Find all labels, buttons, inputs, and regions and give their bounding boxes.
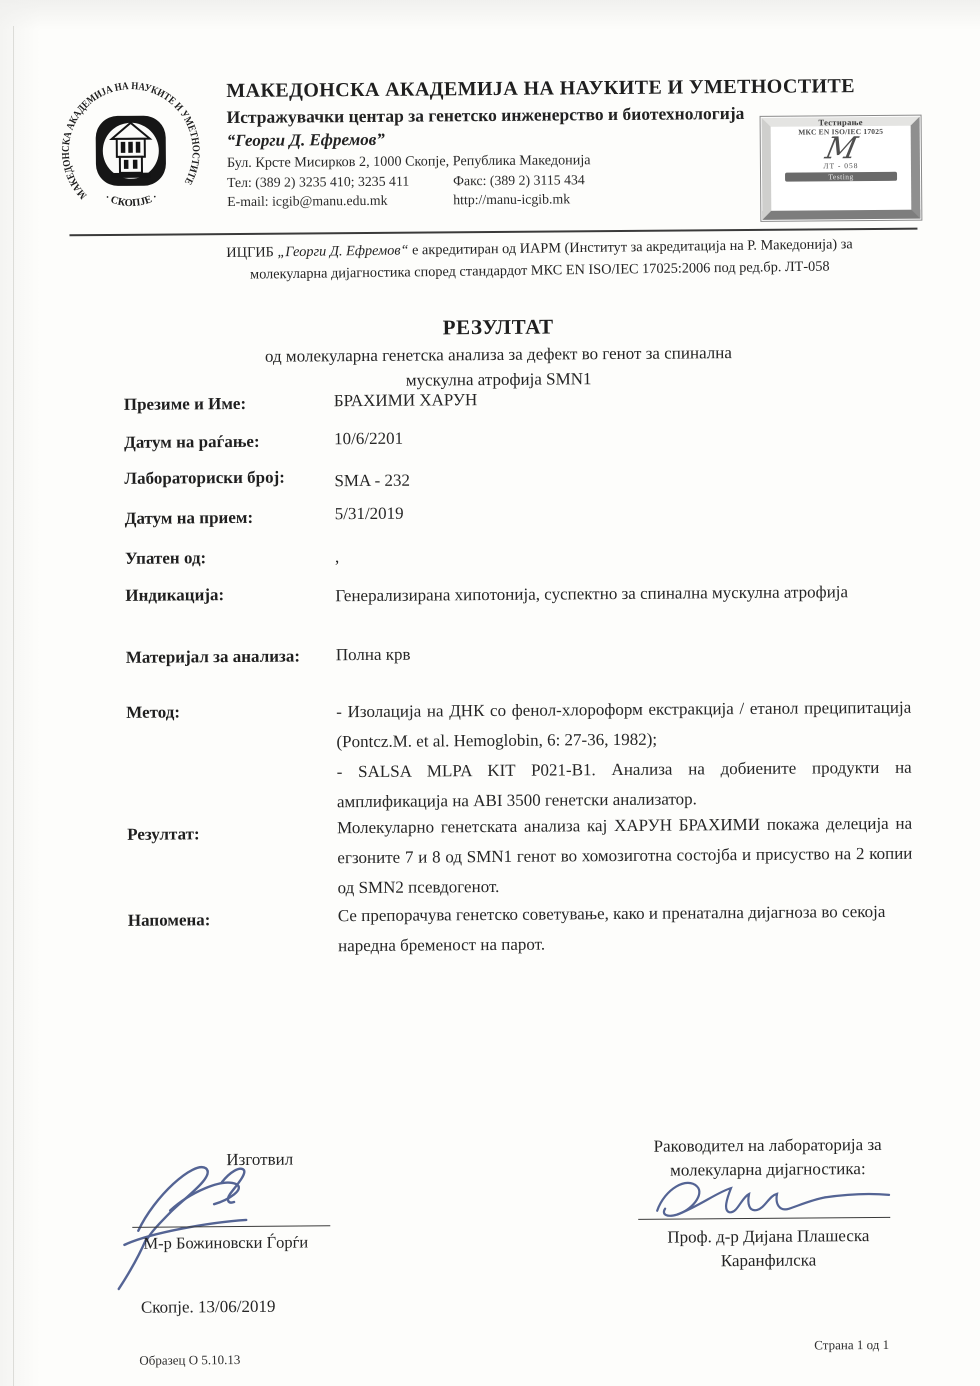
prepared-by-name: М-р Божиновски Ѓорѓи (143, 1232, 308, 1253)
report-subtitle: од молекуларна генетска анализа за дефек… (0, 338, 980, 396)
field-value-referred-by: , (335, 547, 339, 567)
stamp-testing-label-en: Testing (785, 172, 897, 182)
field-value-method-item1: - Изолација на ДНК со фенол-хлороформ ек… (336, 693, 911, 758)
field-label-method: Метод: (126, 702, 180, 722)
accreditation-line2: молекуларна дијагностика според стандард… (250, 259, 830, 283)
signature-left (110, 1151, 311, 1293)
contact-lines: Тел: (389 2) 3235 410; 3235 411 Факс: (3… (227, 169, 847, 211)
field-label-result: Резултат: (127, 824, 200, 845)
form-code: Образец О 5.10.13 (139, 1352, 240, 1369)
field-label-indication: Индикација: (125, 585, 224, 606)
lab-head-name-line2: Каранфилска (721, 1250, 817, 1270)
field-value-note: Се препорачува генетско советување, како… (338, 897, 913, 962)
center-alias: “Георги Д. Ефремов” (227, 126, 847, 151)
center-name: Истражувачки центар за генетско инженерс… (226, 102, 846, 128)
lab-head-label-line1: Раководител на лабораторија за (654, 1135, 882, 1156)
page-number: Страна 1 од 1 (814, 1337, 889, 1354)
academy-seal-logo: МАКЕДОНСКА АКАДЕМИЈА НА НАУКИТЕ И УМЕТНО… (52, 72, 209, 229)
field-label-note: Напомена: (128, 910, 211, 931)
stamp-monogram-icon: M (822, 134, 859, 164)
document-page: МАКЕДОНСКА АКАДЕМИЈА НА НАУКИТЕ И УМЕТНО… (0, 0, 980, 1386)
lab-head-name-line1: Проф. д-р Дијана Плашеска (667, 1226, 869, 1247)
place-and-date: Скопје. 13/06/2019 (141, 1297, 276, 1318)
accreditation-center-name: „Георги Д. Ефремов“ (277, 242, 408, 260)
letterhead: МАКЕДОНСКА АКАДЕМИЈА НА НАУКИТЕ И УМЕТНО… (226, 75, 847, 211)
address-line: Бул. Крсте Мисирков 2, 1000 Скопје, Репу… (227, 150, 847, 172)
organization-name: МАКЕДОНСКА АКАДЕМИЈА НА НАУКИТЕ И УМЕТНО… (226, 75, 846, 103)
field-label-material: Материјал за анализа: (126, 646, 300, 667)
lab-head-name: Проф. д-р Дијана Плашеска Каранфилска (613, 1224, 923, 1274)
accreditation-stamp: Тестирање МКС EN ISO/IEC 17025 M ЛТ - 05… (760, 115, 923, 222)
field-value-lab-number: SMA - 232 (334, 471, 410, 492)
svg-text:· СКОПЈЕ ·: · СКОПЈЕ · (103, 192, 159, 210)
seal-ring-text-bottom: · СКОПЈЕ · (103, 192, 159, 210)
field-value-name: БРАХИМИ ХАРУН (334, 390, 478, 411)
report-subtitle-line2: мускулна атрофија SMN1 (406, 369, 592, 389)
stamp-content: Тестирање МКС EN ISO/IEC 17025 M ЛТ - 05… (761, 116, 922, 221)
accreditation-line1-prefix: ИЦГИБ (226, 244, 277, 261)
accreditation-line1-suffix: е акредитиран од ИАРМ (Институт за акред… (408, 236, 852, 258)
field-label-birthdate: Датум на раѓање: (124, 432, 260, 453)
phone-line: Тел: (389 2) 3235 410; 3235 411 (227, 172, 453, 192)
field-label-lab-number: Лабораториски број: (124, 468, 285, 489)
field-value-material: Полна крв (336, 645, 411, 666)
report-subtitle-line1: од молекуларна генетска анализа за дефек… (265, 343, 732, 366)
field-label-referred-by: Упатен од: (125, 548, 206, 569)
field-value-birthdate: 10/6/2201 (334, 429, 403, 450)
email-line: E-mail: icgib@manu.edu.mk (227, 191, 453, 211)
field-value-received-date: 5/31/2019 (335, 504, 404, 525)
field-value-indication: Генерализирана хипотонија, суспектно за … (335, 577, 895, 611)
field-value-result: Молекуларно генетската анализа кај ХАРУН… (337, 809, 913, 904)
field-value-method-item2: - SALSA MLPA KIT P021-B1. Анализа на доб… (337, 753, 912, 818)
field-label-name: Презиме и Име: (124, 394, 246, 415)
accreditation-note: ИЦГИБ „Георги Д. Ефремов“ е акредитиран … (167, 232, 912, 287)
document-content: МАКЕДОНСКА АКАДЕМИЈА НА НАУКИТЕ И УМЕТНО… (0, 0, 980, 1386)
stamp-testing-label-mk: Тестирање (818, 117, 862, 127)
field-label-received-date: Датум на прием: (125, 508, 254, 529)
